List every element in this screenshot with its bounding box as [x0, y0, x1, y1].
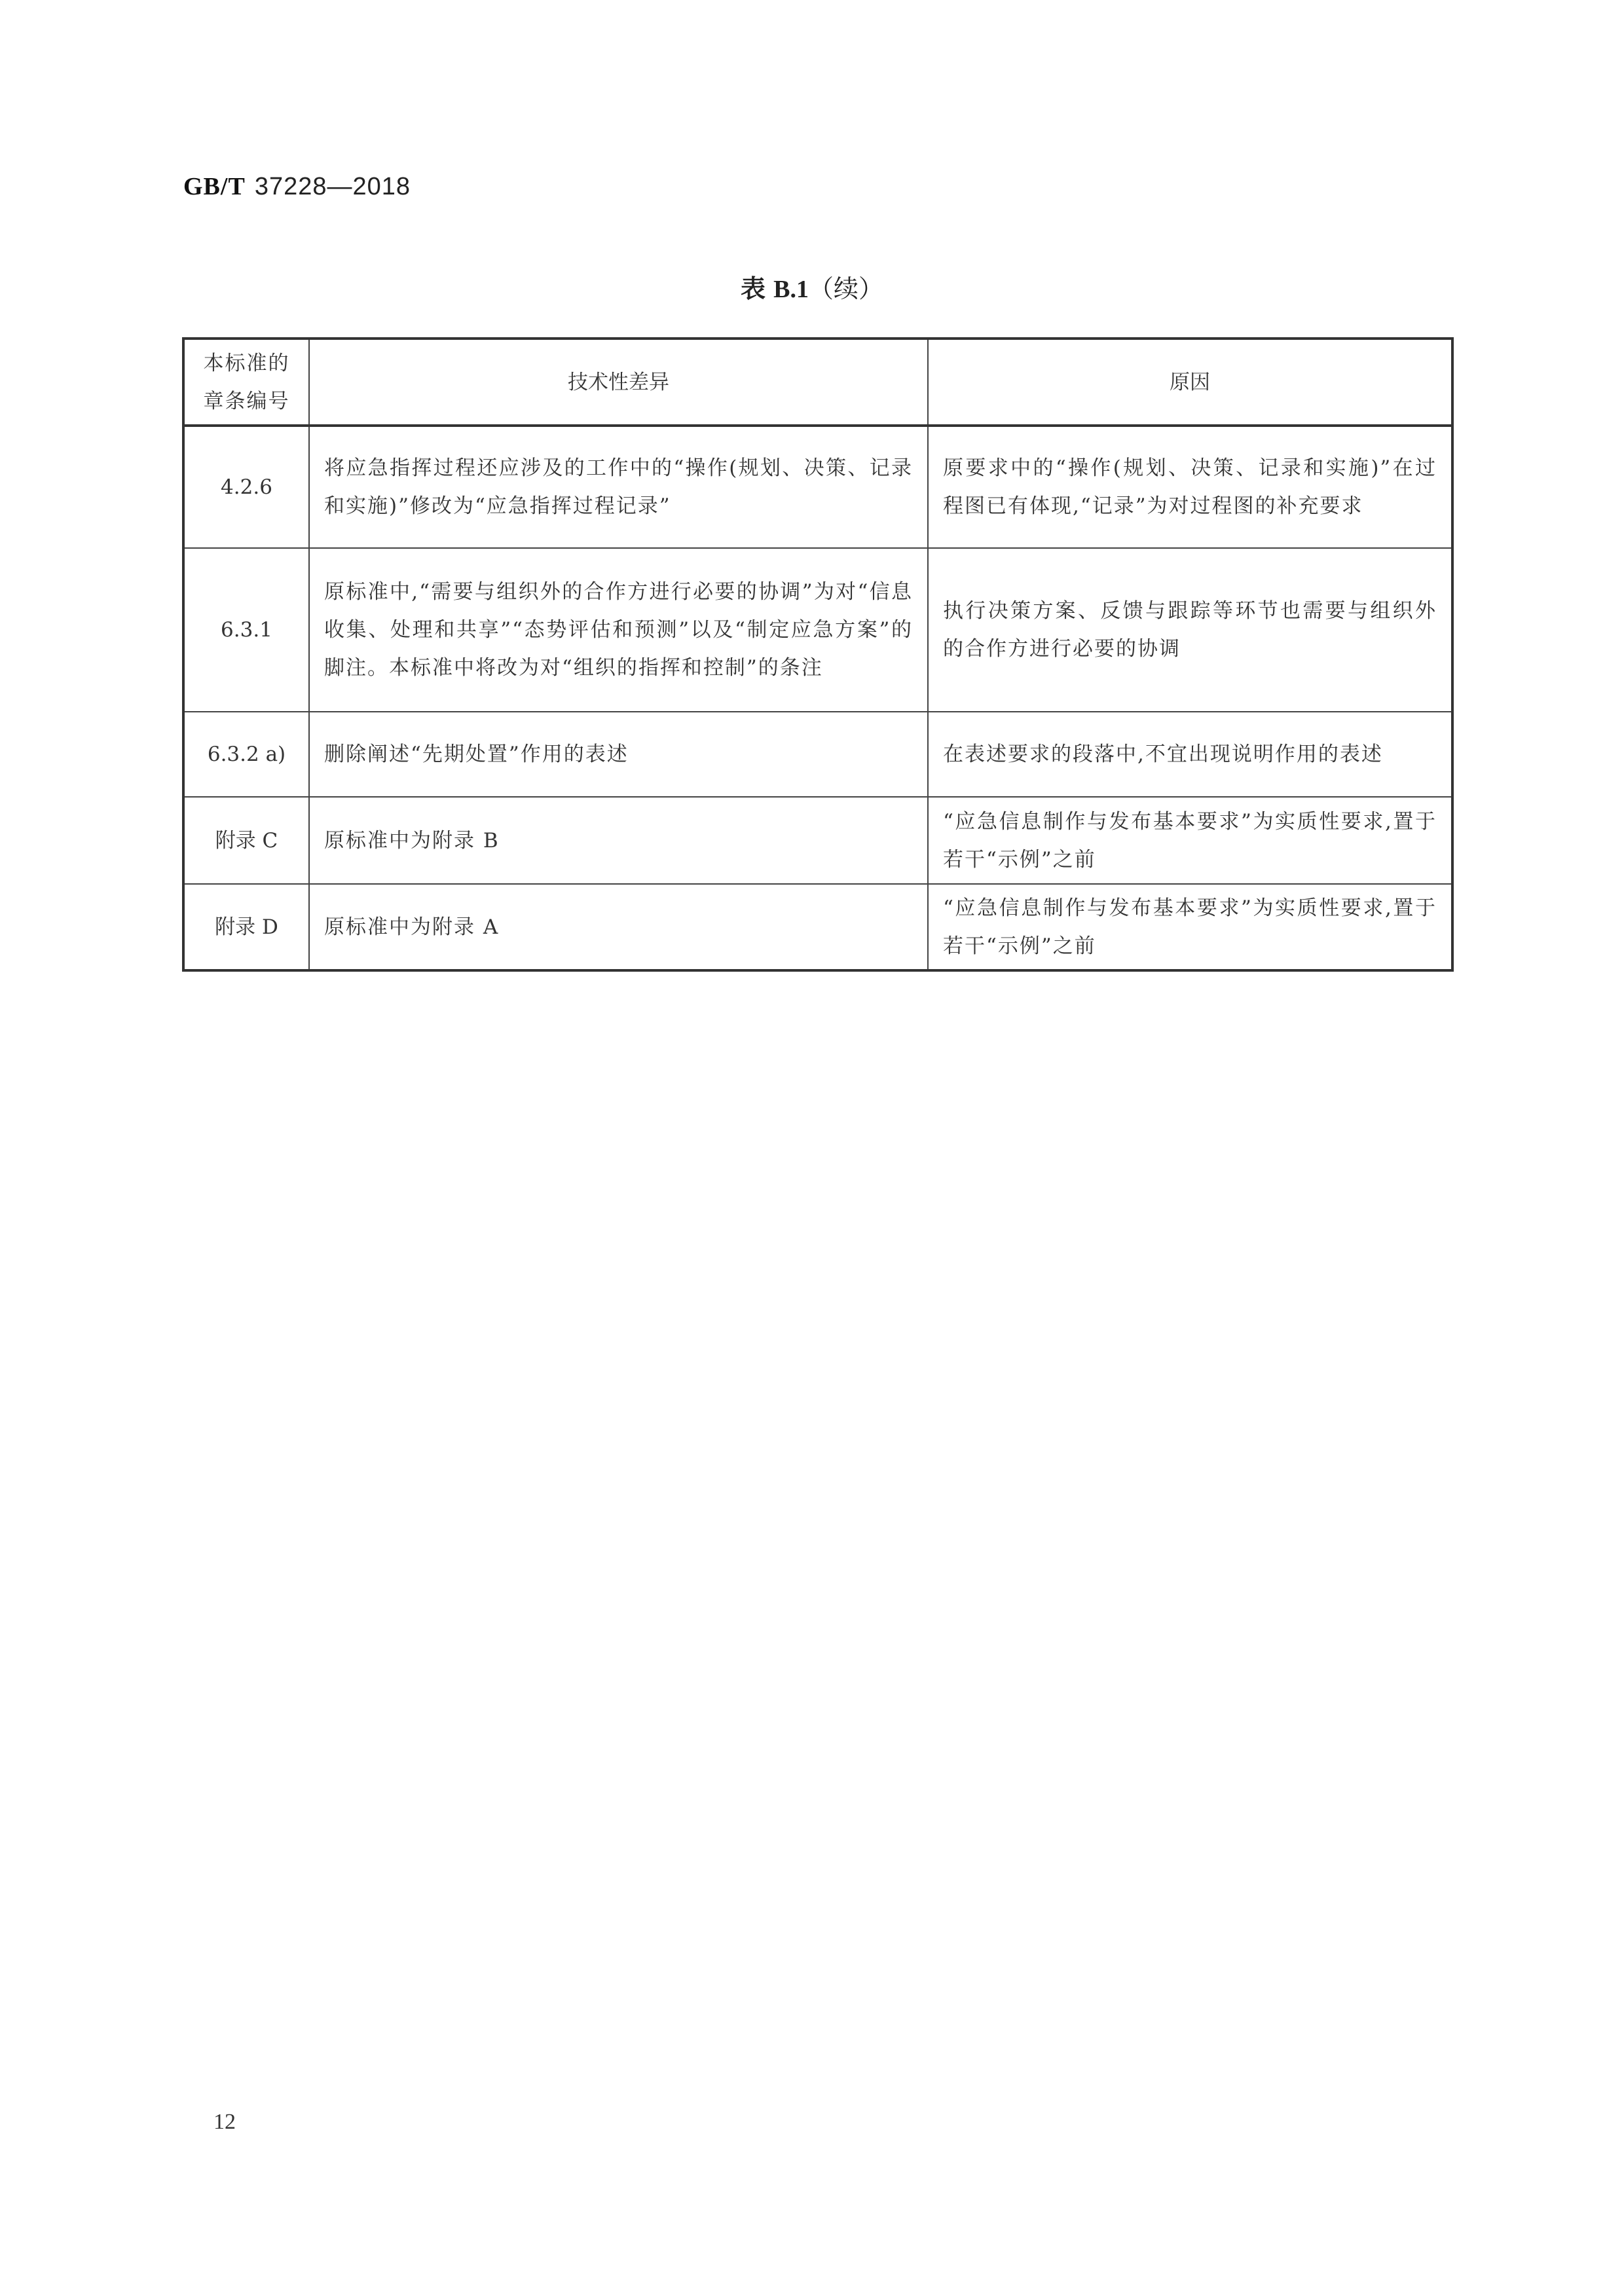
clause-cell: 附录 D — [183, 884, 309, 970]
page-number: 12 — [213, 2110, 236, 2135]
table-row: 6.3.1 原标准中,“需要与组织外的合作方进行必要的协调”为对“信息收集、处理… — [183, 548, 1452, 712]
header-reason: 原因 — [928, 339, 1452, 426]
header-clause-line1: 本标准的 — [199, 344, 294, 382]
clause-cell: 4.2.6 — [183, 426, 309, 548]
difference-cell: 原标准中,“需要与组织外的合作方进行必要的协调”为对“信息收集、处理和共享”“态… — [309, 548, 928, 712]
difference-cell: 原标准中为附录 A — [309, 884, 928, 970]
reason-cell: 原要求中的“操作(规划、决策、记录和实施)”在过程图已有体现,“记录”为对过程图… — [928, 426, 1452, 548]
table-title: 表 B.1（续） — [0, 268, 1624, 304]
header-clause-number: 本标准的 章条编号 — [183, 339, 309, 426]
table-row: 附录 D 原标准中为附录 A “应急信息制作与发布基本要求”为实质性要求,置于若… — [183, 884, 1452, 970]
standard-prefix: GB/T — [183, 173, 246, 200]
difference-cell: 原标准中为附录 B — [309, 797, 928, 884]
header-technical-difference: 技术性差异 — [309, 339, 928, 426]
table-header-row: 本标准的 章条编号 技术性差异 原因 — [183, 339, 1452, 426]
table-title-label: 表 — [741, 274, 766, 303]
table-title-number: B.1 — [773, 276, 809, 303]
standard-code: GB/T37228—2018 — [183, 172, 411, 201]
clause-cell: 6.3.2 a) — [183, 712, 309, 797]
technical-differences-table: 本标准的 章条编号 技术性差异 原因 4.2.6 将应急指挥过程还应涉及的工作中… — [182, 337, 1454, 972]
reason-cell: “应急信息制作与发布基本要求”为实质性要求,置于若干“示例”之前 — [928, 797, 1452, 884]
difference-cell: 删除阐述“先期处置”作用的表述 — [309, 712, 928, 797]
table-title-continued: （续） — [809, 274, 883, 303]
difference-cell: 将应急指挥过程还应涉及的工作中的“操作(规划、决策、记录和实施)”修改为“应急指… — [309, 426, 928, 548]
table-row: 附录 C 原标准中为附录 B “应急信息制作与发布基本要求”为实质性要求,置于若… — [183, 797, 1452, 884]
table-row: 4.2.6 将应急指挥过程还应涉及的工作中的“操作(规划、决策、记录和实施)”修… — [183, 426, 1452, 548]
clause-cell: 附录 C — [183, 797, 309, 884]
table-row: 6.3.2 a) 删除阐述“先期处置”作用的表述 在表述要求的段落中,不宜出现说… — [183, 712, 1452, 797]
header-clause-line2: 章条编号 — [199, 382, 294, 420]
clause-cell: 6.3.1 — [183, 548, 309, 712]
standard-number: 37228—2018 — [255, 173, 411, 200]
reason-cell: “应急信息制作与发布基本要求”为实质性要求,置于若干“示例”之前 — [928, 884, 1452, 970]
reason-cell: 执行决策方案、反馈与跟踪等环节也需要与组织外的合作方进行必要的协调 — [928, 548, 1452, 712]
reason-cell: 在表述要求的段落中,不宜出现说明作用的表述 — [928, 712, 1452, 797]
